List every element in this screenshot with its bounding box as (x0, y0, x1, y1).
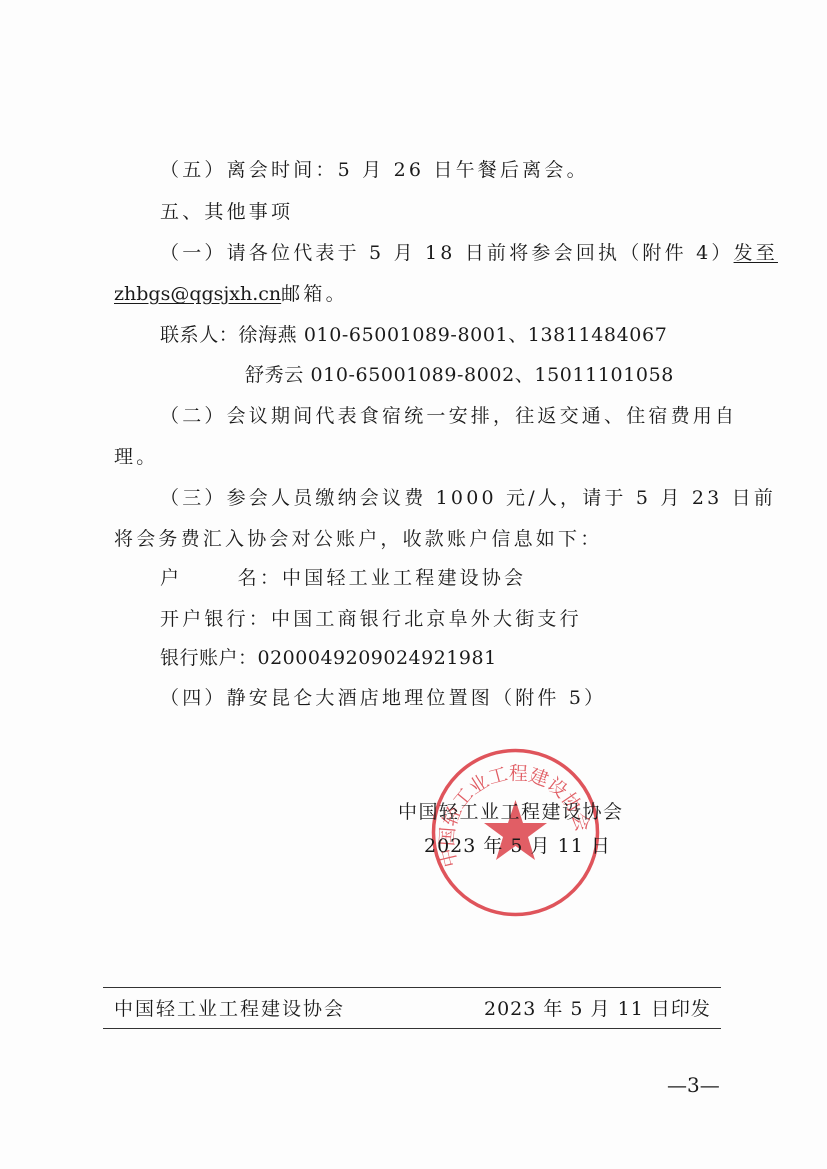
departure-time: （五）离会时间：5 月 26 日午餐后离会。 (160, 158, 589, 182)
item-2-line2: 理。 (114, 445, 158, 469)
item-1-line1: （一）请各位代表于 5 月 18 日前将参会回执（附件 4）发至 (160, 241, 778, 265)
account-name: 户 名：中国轻工业工程建设协会 (160, 566, 526, 590)
footer-org: 中国轻工业工程建设协会 (114, 997, 345, 1021)
footer-bottom-rule (103, 1028, 721, 1029)
item-3-line1: （三）参会人员缴纳会议费 1000 元/人，请于 5 月 23 日前 (160, 486, 776, 510)
item-1-line2: zhbgs@qgsjxh.cn邮箱。 (114, 282, 348, 306)
signature-date: 2023 年 5 月 11 日 (424, 834, 611, 858)
bank-account: 银行账户：0200049209024921981 (160, 646, 497, 670)
official-seal-icon: 中国轻工业工程建设协会 (428, 745, 603, 920)
signature-org: 中国轻工业工程建设协会 (398, 800, 624, 824)
section-heading-other: 五、其他事项 (160, 200, 293, 224)
page-number: —3— (667, 1073, 720, 1097)
bank-name: 开户银行：中国工商银行北京阜外大街支行 (160, 607, 582, 631)
footer-top-rule (103, 987, 721, 988)
item-2-line1: （二）会议期间代表食宿统一安排，往返交通、住宿费用自 (160, 404, 737, 428)
item-3-line2: 将会务费汇入协会对公账户，收款账户信息如下： (114, 527, 602, 551)
item-4: （四）静安昆仑大酒店地理位置图（附件 5） (160, 686, 606, 710)
contact-2: 舒秀云 010-65001089-8002、15011101058 (245, 363, 674, 387)
email-link[interactable]: zhbgs@qgsjxh.cn (114, 283, 281, 305)
footer-issued-date: 2023 年 5 月 11 日印发 (484, 997, 711, 1021)
contact-1: 联系人：徐海燕 010-65001089-8001、13811484067 (160, 323, 667, 347)
